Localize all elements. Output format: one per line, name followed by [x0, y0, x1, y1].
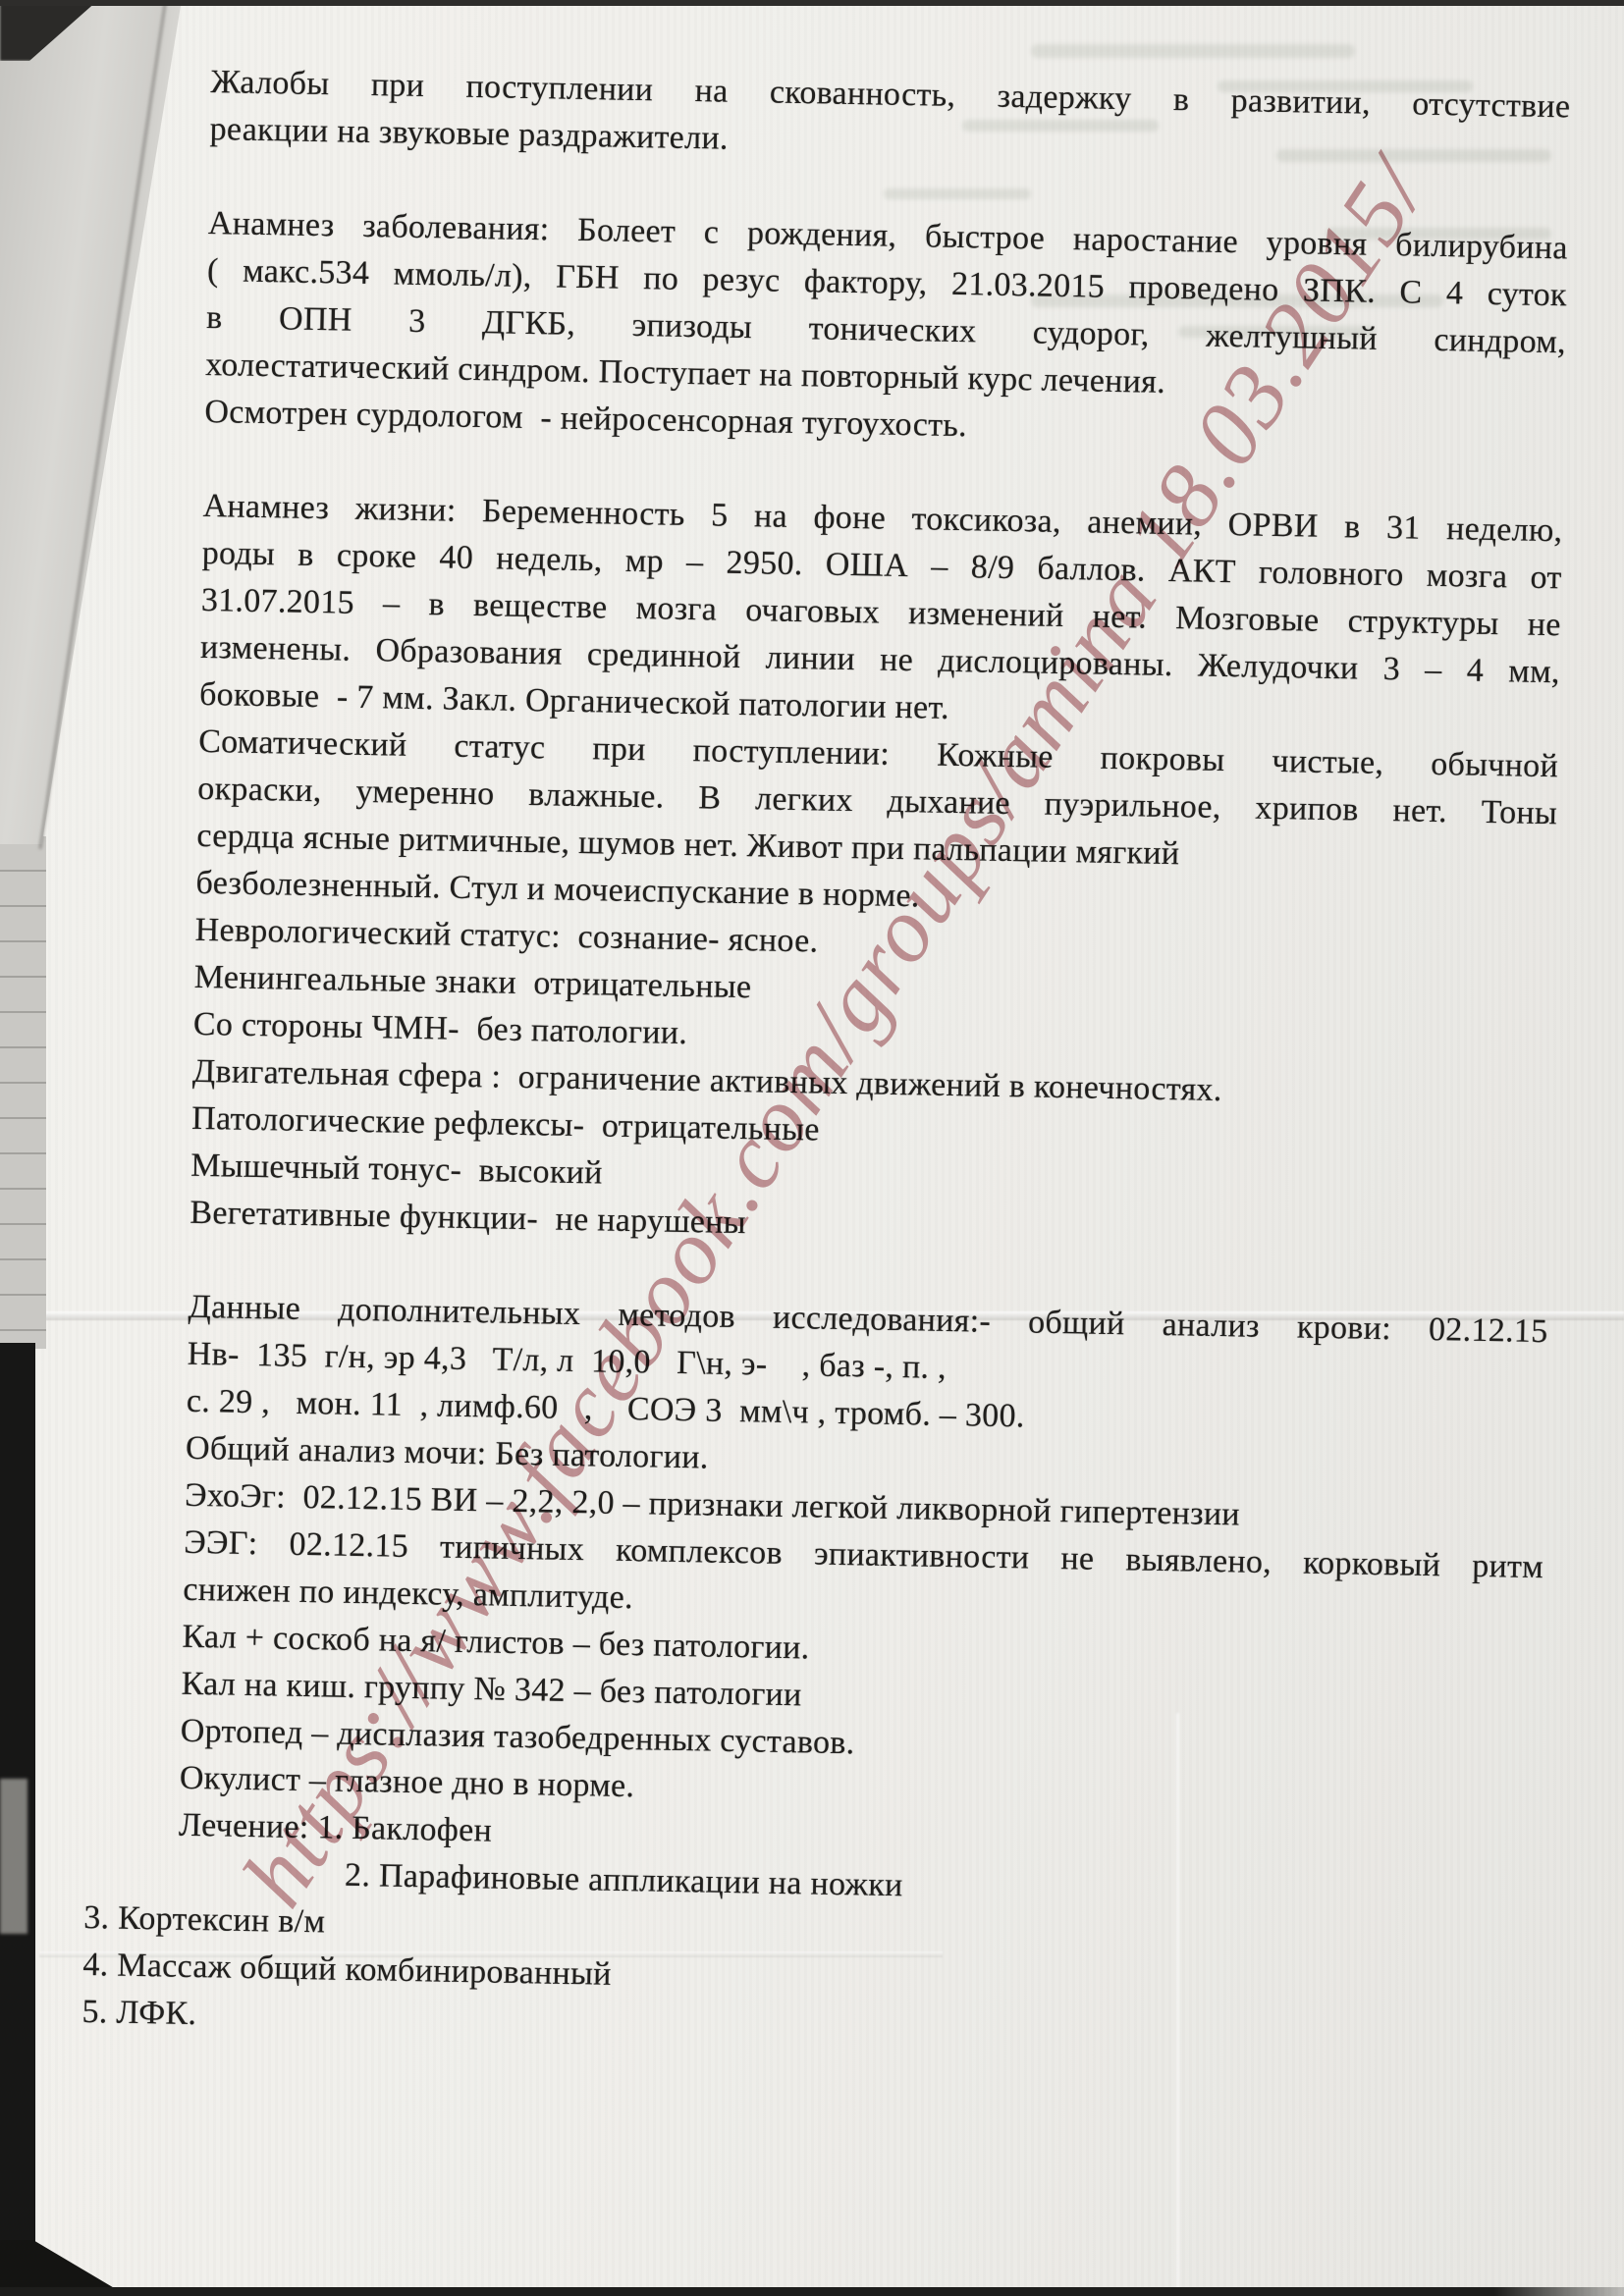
scanner-edge-bottom [0, 2287, 1624, 2296]
ruled-paper-underneath [0, 836, 46, 1349]
bleed-through-line [1031, 44, 1355, 58]
scanner-edge-top [0, 0, 1624, 6]
scanner-edge-left-highlight [0, 1779, 27, 1934]
scanned-page: Жалобы при поступлении на скованность, з… [0, 0, 1624, 2296]
